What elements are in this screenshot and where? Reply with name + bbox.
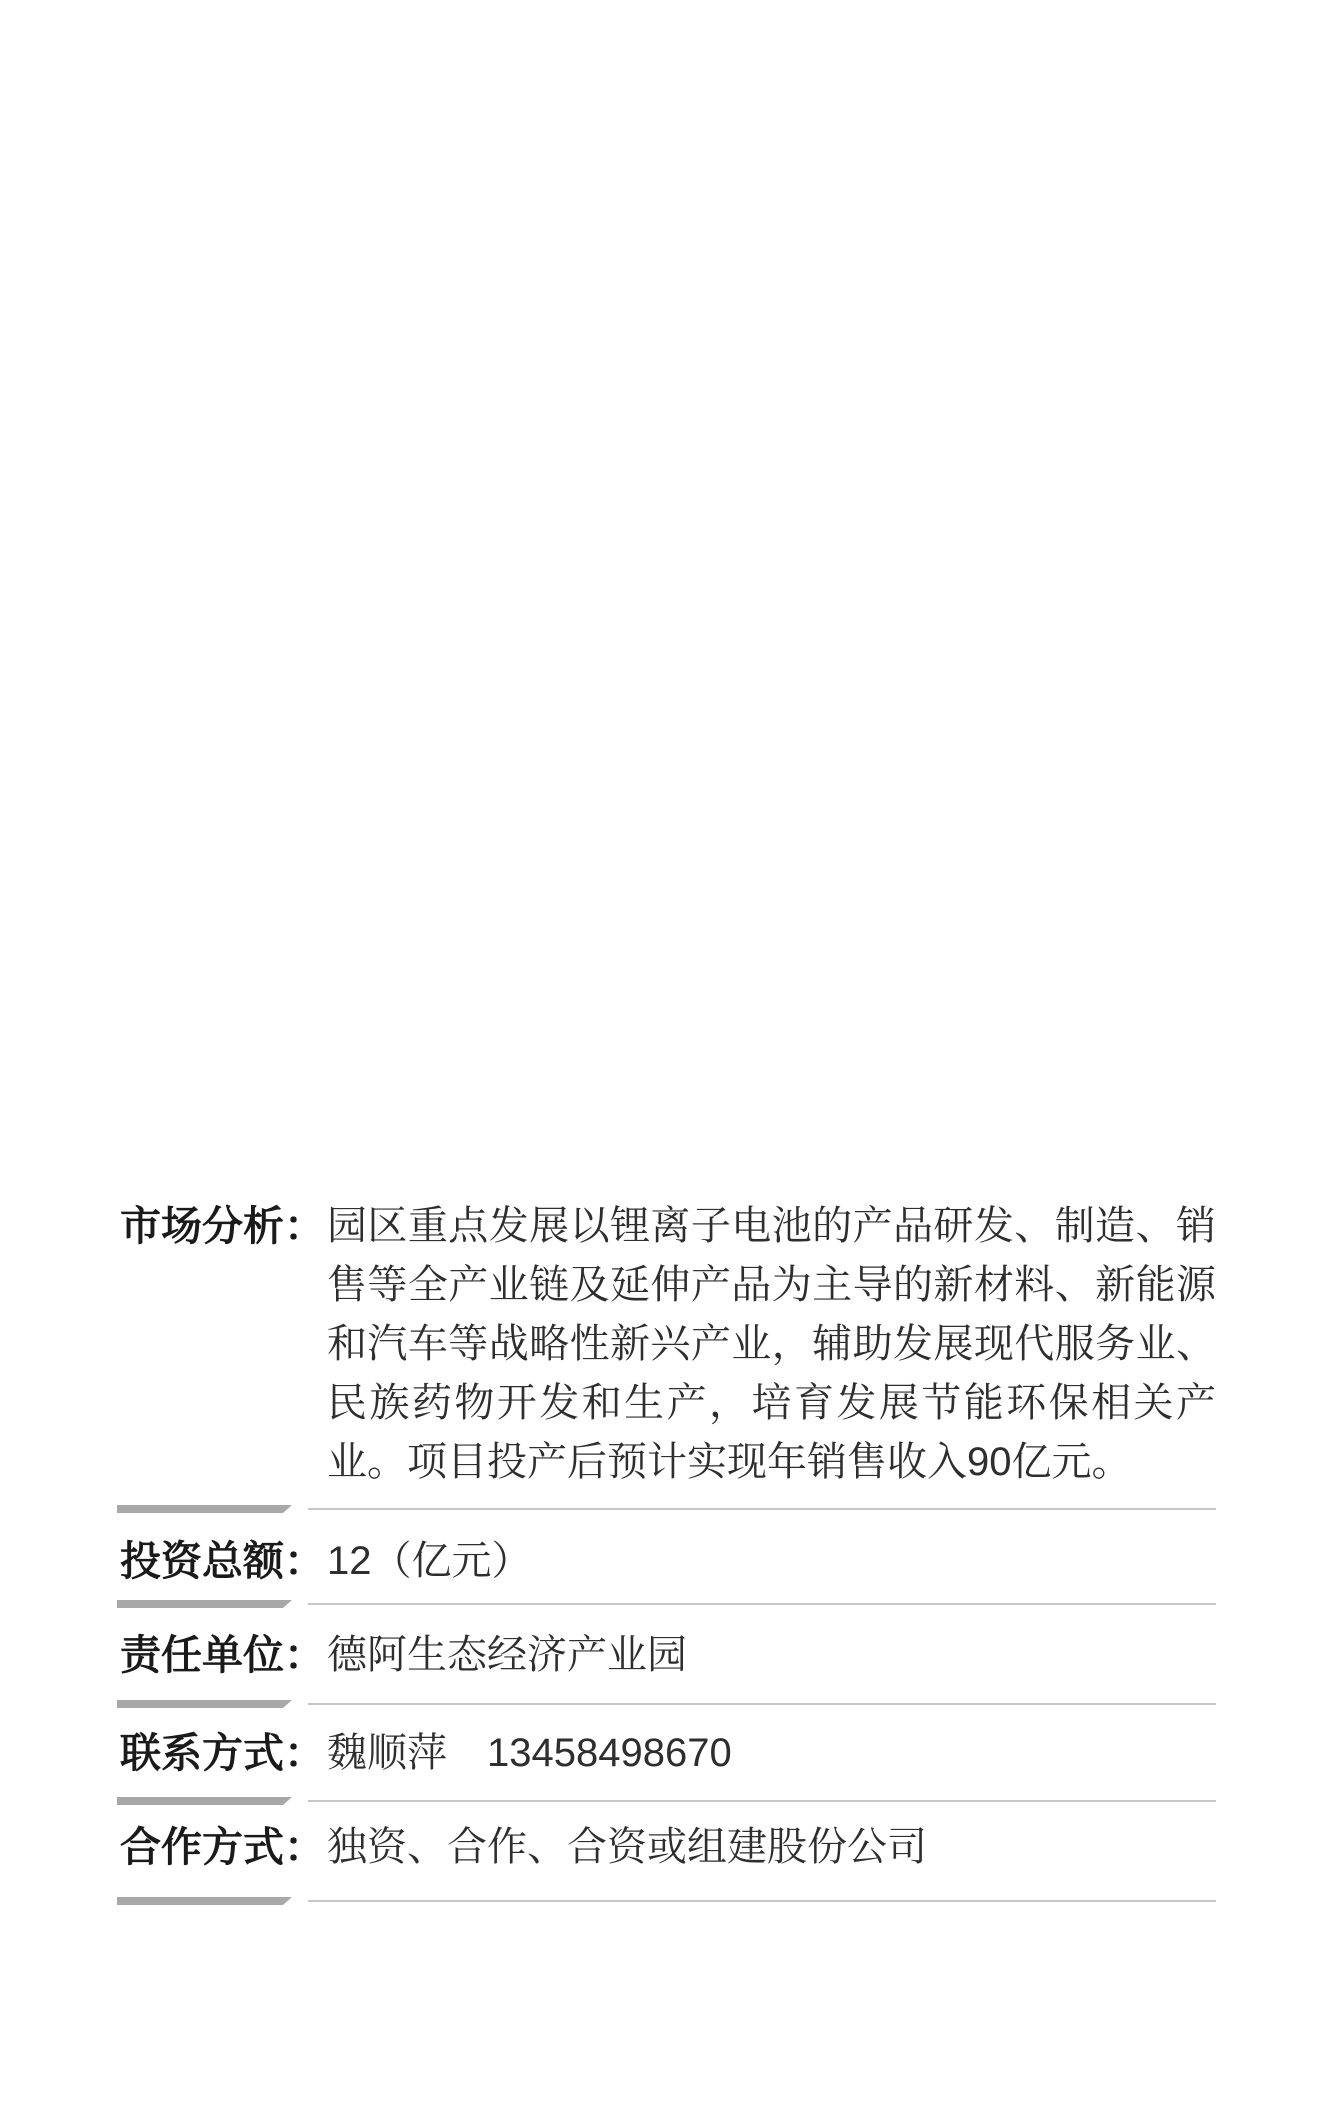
market-analysis-text-line: 和汽车等战略性新兴产业，辅助发展现代服务业、 bbox=[327, 1315, 1216, 1374]
divider-accent-bar bbox=[117, 1600, 292, 1608]
contact-row: 联系方式： 魏顺萍 13458498670 bbox=[120, 1724, 1216, 1783]
divider-accent-bar bbox=[117, 1505, 292, 1513]
contact-label: 联系方式： bbox=[120, 1724, 327, 1783]
market-analysis-text-line: 园区重点发展以锂离子电池的产品研发、制造、销 bbox=[327, 1197, 1216, 1256]
section-divider bbox=[117, 1600, 1216, 1608]
divider-accent-bar bbox=[117, 1700, 292, 1708]
section-divider bbox=[117, 1505, 1216, 1513]
divider-accent-bar bbox=[117, 1897, 292, 1905]
section-divider bbox=[117, 1897, 1216, 1905]
responsible-unit-value: 德阿生态经济产业园 bbox=[327, 1626, 1216, 1685]
section-divider bbox=[117, 1700, 1216, 1708]
market-analysis-row: 市场分析： 园区重点发展以锂离子电池的产品研发、制造、销 售等全产业链及延伸产品… bbox=[120, 1197, 1216, 1492]
divider-rule-line bbox=[308, 1603, 1216, 1605]
cooperation-mode-row: 合作方式： 独资、合作、合资或组建股份公司 bbox=[120, 1818, 1216, 1877]
market-analysis-text: 园区重点发展以锂离子电池的产品研发、制造、销 售等全产业链及延伸产品为主导的新材… bbox=[327, 1197, 1216, 1492]
cooperation-mode-value: 独资、合作、合资或组建股份公司 bbox=[327, 1818, 1216, 1877]
total-investment-label: 投资总额： bbox=[120, 1532, 327, 1591]
total-investment-value: 12（亿元） bbox=[327, 1532, 1216, 1591]
market-analysis-text-line: 民族药物开发和生产，培育发展节能环保相关产 bbox=[327, 1374, 1216, 1433]
document-page: 市场分析： 园区重点发展以锂离子电池的产品研发、制造、销 售等全产业链及延伸产品… bbox=[0, 0, 1334, 2102]
contact-value: 魏顺萍 13458498670 bbox=[327, 1724, 1216, 1783]
divider-rule-line bbox=[308, 1800, 1216, 1802]
divider-rule-line bbox=[308, 1703, 1216, 1705]
total-investment-row: 投资总额： 12（亿元） bbox=[120, 1532, 1216, 1591]
market-analysis-text-line: 售等全产业链及延伸产品为主导的新材料、新能源 bbox=[327, 1256, 1216, 1315]
responsible-unit-label: 责任单位： bbox=[120, 1626, 327, 1685]
divider-rule-line bbox=[308, 1900, 1216, 1902]
divider-accent-bar bbox=[117, 1797, 292, 1805]
divider-rule-line bbox=[308, 1508, 1216, 1510]
section-divider bbox=[117, 1797, 1216, 1805]
market-analysis-label: 市场分析： bbox=[120, 1197, 327, 1256]
market-analysis-text-line: 业。项目投产后预计实现年销售收入90亿元。 bbox=[327, 1433, 1216, 1492]
responsible-unit-row: 责任单位： 德阿生态经济产业园 bbox=[120, 1626, 1216, 1685]
cooperation-mode-label: 合作方式： bbox=[120, 1818, 327, 1877]
